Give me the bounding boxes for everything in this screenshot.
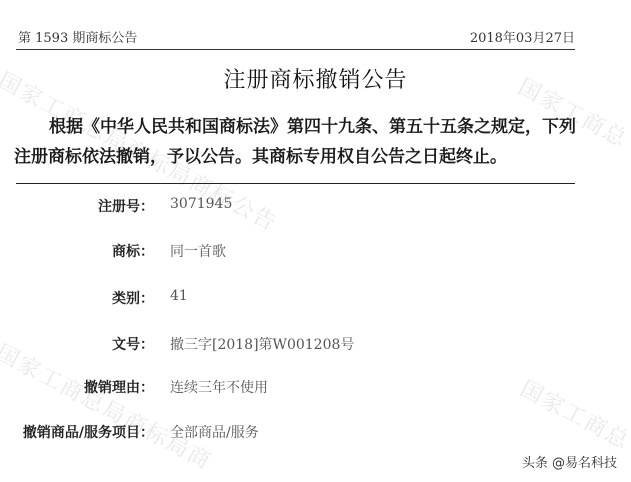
field-label: 文号： [112, 334, 154, 354]
field-value: 连续三年不使用 [170, 377, 268, 397]
field-value: 3071945 [170, 196, 232, 212]
field-revoked-goods-services: 撤销商品/服务项目： 全部商品/服务 [0, 422, 631, 442]
body-line-1: 根据《中华人民共和国商标法》第四十九条、第五十五条之规定，下列 [14, 112, 584, 142]
field-trademark: 商标： 同一首歌 [0, 241, 631, 261]
announcement-body: 根据《中华人民共和国商标法》第四十九条、第五十五条之规定，下列 注册商标依法撤销… [14, 112, 584, 172]
field-label: 撤销理由： [84, 377, 154, 397]
field-value: 41 [170, 288, 188, 304]
field-label: 商标： [112, 241, 154, 261]
body-line-2: 注册商标依法撤销，予以公告。其商标专用权自公告之日起终止。 [14, 142, 584, 172]
source-credit: 头条 @易名科技 [522, 452, 617, 471]
issue-number: 第 1593 期商标公告 [18, 27, 137, 46]
header-divider [16, 49, 575, 50]
field-label: 注册号： [98, 196, 154, 216]
issue-date: 2018年03月27日 [470, 27, 575, 46]
body-line-1-text: 根据《中华人民共和国商标法》第四十九条、第五十五条之规定，下列 [49, 117, 576, 137]
field-value: 全部商品/服务 [170, 422, 259, 442]
watermark-bottom-left: 国家工商总局商标局商 [0, 336, 218, 476]
field-value: 撤三字[2018]第W001208号 [170, 334, 354, 354]
field-value: 同一首歌 [170, 241, 226, 261]
field-label: 类别： [112, 288, 154, 308]
field-class: 类别： 41 [0, 288, 631, 308]
field-document-number: 文号： 撤三字[2018]第W001208号 [0, 334, 631, 354]
page-title: 注册商标撤销公告 [0, 63, 631, 94]
field-registration-number: 注册号： 3071945 [0, 196, 631, 216]
field-label: 撤销商品/服务项目： [23, 422, 154, 442]
body-divider [16, 183, 575, 184]
field-revocation-reason: 撤销理由： 连续三年不使用 [0, 377, 631, 397]
